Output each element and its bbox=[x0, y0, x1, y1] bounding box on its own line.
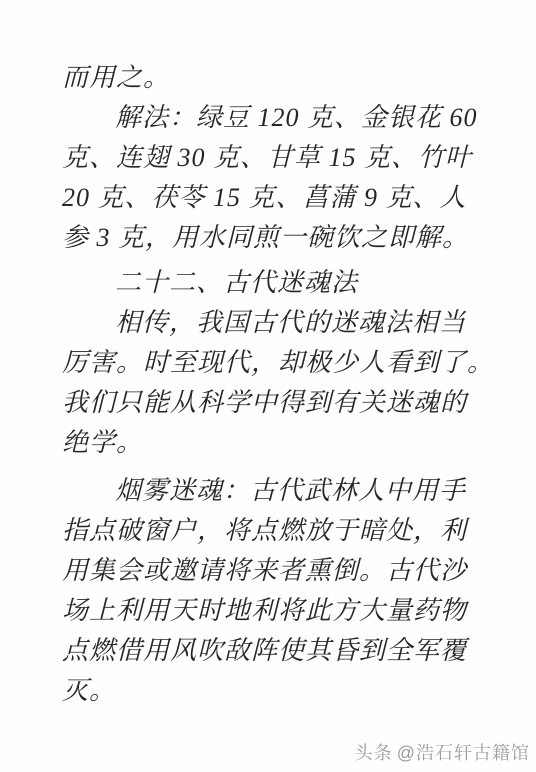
text-line: 厉害。时至现代，却极少人看到了。 bbox=[62, 343, 512, 383]
text-line: 参 3 克，用水同煎一碗饮之即解。 bbox=[62, 218, 512, 258]
text-line: 而用之。 bbox=[62, 58, 512, 98]
text-line: 解法：绿豆 120 克、金银花 60 bbox=[62, 98, 512, 138]
text-line: 点燃借用风吹敌阵使其昏到全军覆 bbox=[62, 631, 512, 671]
text-line: 相传，我国古代的迷魂法相当 bbox=[62, 303, 512, 343]
text-line: 用集会或邀请将来者熏倒。古代沙 bbox=[62, 551, 512, 591]
text-line: 指点破窗户，将点燃放于暗处，利 bbox=[62, 511, 512, 551]
text-line: 20 克、茯苓 15 克、菖蒲 9 克、人 bbox=[62, 178, 512, 218]
text-line: 绝学。 bbox=[62, 423, 512, 463]
text-line: 克、连翅 30 克、甘草 15 克、竹叶 bbox=[62, 138, 512, 178]
watermark-platform: 头条 bbox=[355, 743, 393, 763]
watermark-handle: @浩石轩古籍馆 bbox=[397, 743, 530, 763]
text-line: 我们只能从科学中得到有关迷魂的 bbox=[62, 383, 512, 423]
text-line: 烟雾迷魂：古代武林人中用手 bbox=[62, 471, 512, 511]
text-line: 场上利用天时地利将此方大量药物 bbox=[62, 591, 512, 631]
text-block: 而用之。 解法：绿豆 120 克、金银花 60 克、连翅 30 克、甘草 15 … bbox=[62, 58, 512, 711]
watermark: 头条@浩石轩古籍馆 bbox=[355, 742, 530, 764]
text-line: 灭。 bbox=[62, 671, 512, 711]
section-heading: 二十二、古代迷魂法 bbox=[62, 263, 512, 303]
document-page: 而用之。 解法：绿豆 120 克、金银花 60 克、连翅 30 克、甘草 15 … bbox=[0, 0, 536, 772]
